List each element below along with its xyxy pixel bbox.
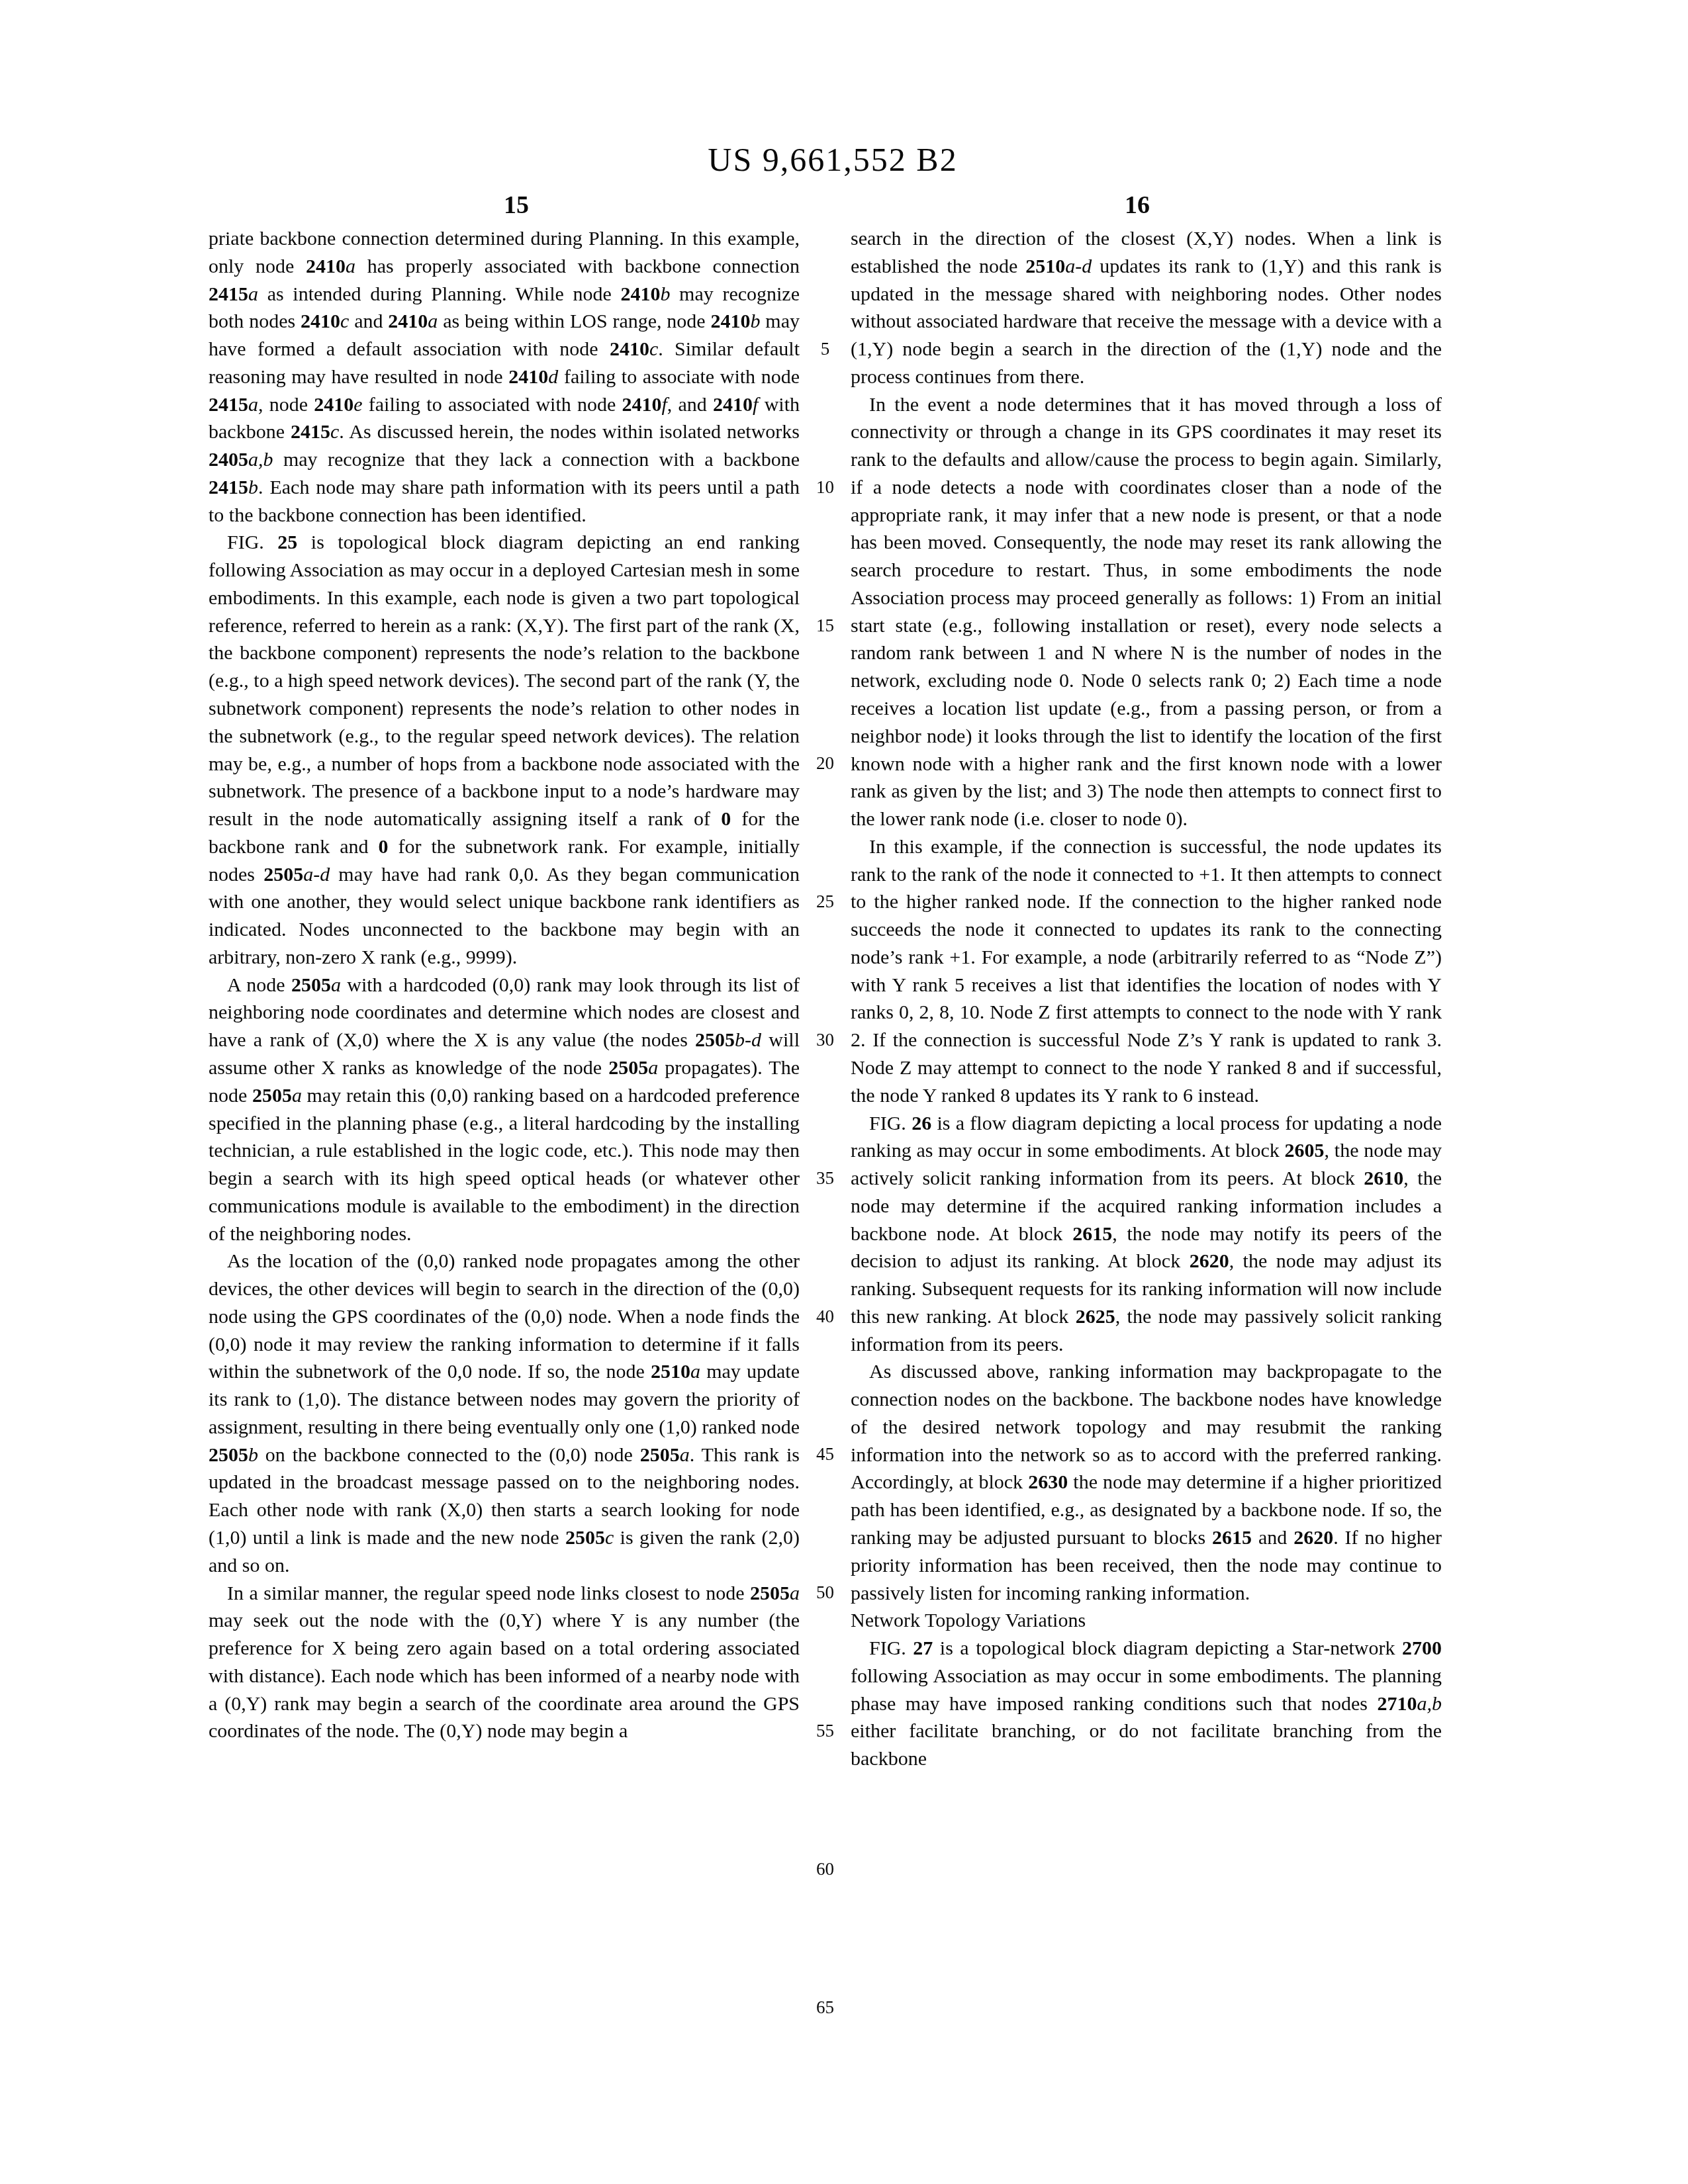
col16-paragraph-5: As discussed above, ranking information … <box>851 1358 1442 1607</box>
patent-body: priate backbone connection determined du… <box>209 225 1442 1773</box>
column-15-text: priate backbone connection determined du… <box>209 225 800 1773</box>
col16-paragraph-3: In this example, if the connection is su… <box>851 833 1442 1110</box>
line-number: 40 <box>816 1303 834 1331</box>
col15-paragraph-3: A node 2505a with a hardcoded (0,0) rank… <box>209 972 800 1248</box>
col15-paragraph-1: priate backbone connection determined du… <box>209 225 800 529</box>
patent-publication-number: US 9,661,552 B2 <box>0 140 1665 179</box>
col16-paragraph-2: In the event a node determines that it h… <box>851 391 1442 833</box>
col15-paragraph-2: FIG. 25 is topological block diagram dep… <box>209 529 800 971</box>
line-number: 10 <box>816 474 834 502</box>
line-number: 20 <box>816 750 834 778</box>
line-number: 65 <box>816 1994 834 2022</box>
line-number: 45 <box>816 1441 834 1469</box>
col16-paragraph-4: FIG. 26 is a flow diagram depicting a lo… <box>851 1110 1442 1359</box>
patent-page: US 9,661,552 B2 15 16 priate backbone co… <box>0 0 1688 2184</box>
col15-paragraph-5: In a similar manner, the regular speed n… <box>209 1580 800 1746</box>
line-number: 30 <box>816 1026 834 1054</box>
col16-paragraph-6: FIG. 27 is a topological block diagram d… <box>851 1635 1442 1773</box>
col16-paragraph-1: search in the direction of the closest (… <box>851 225 1442 391</box>
line-number: 50 <box>816 1579 834 1607</box>
column-number-16: 16 <box>1125 191 1150 220</box>
line-number: 5 <box>821 336 830 363</box>
col15-paragraph-4: As the location of the (0,0) ranked node… <box>209 1248 800 1579</box>
col16-section-heading: Network Topology Variations <box>851 1607 1442 1635</box>
line-number: 15 <box>816 612 834 640</box>
line-number: 55 <box>816 1717 834 1745</box>
column-16-text: search in the direction of the closest (… <box>851 225 1442 1773</box>
line-number: 25 <box>816 888 834 916</box>
column-number-15: 15 <box>504 191 529 220</box>
line-number: 35 <box>816 1165 834 1193</box>
line-number: 60 <box>816 1856 834 1884</box>
line-number-gutter: 5 10 15 20 25 30 35 40 45 50 55 60 65 <box>800 225 851 1773</box>
